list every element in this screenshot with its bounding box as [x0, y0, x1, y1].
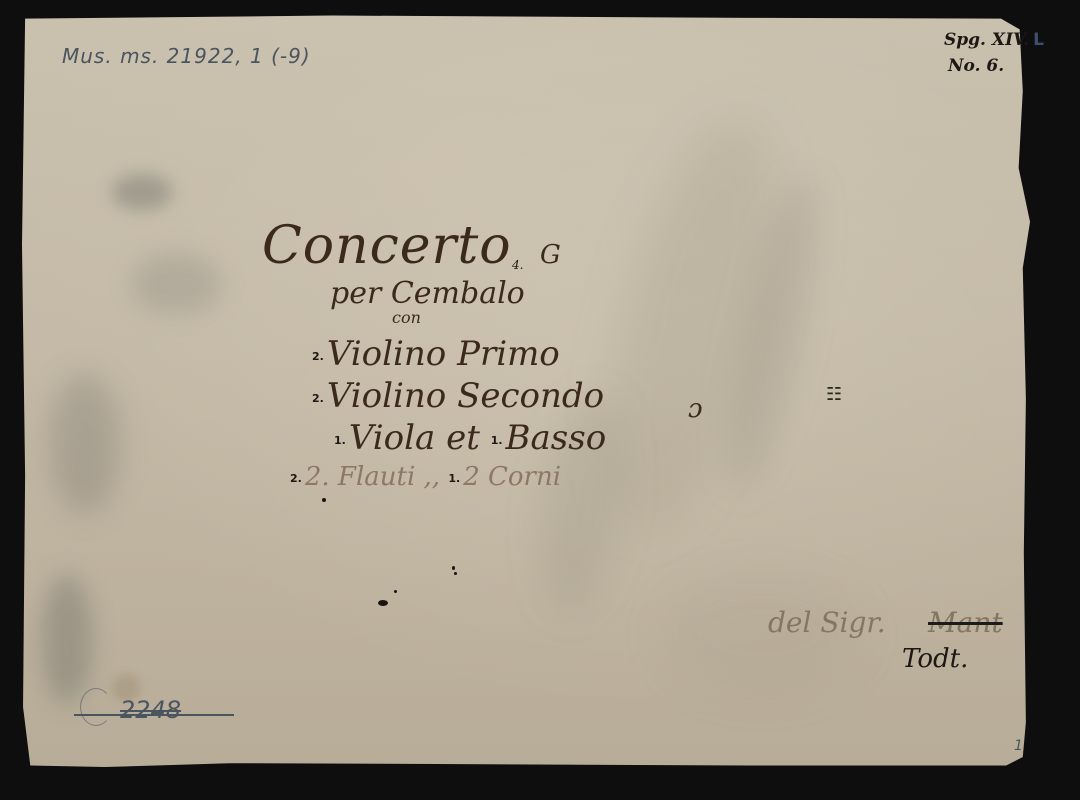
- stain: [50, 374, 120, 514]
- part-count: 2.: [312, 350, 324, 363]
- winds-corni: 2 Corni: [463, 462, 561, 492]
- ink-blot: [322, 498, 326, 502]
- ink-blot: [454, 572, 457, 575]
- stain: [112, 174, 172, 210]
- instrument-winds: 2.2. Flauti ,, 1.2 Corni: [290, 462, 561, 492]
- ink-blot: [394, 590, 397, 593]
- title-key: G: [540, 240, 561, 270]
- attribution-corrected-name: Todt.: [902, 644, 968, 674]
- instrument-cembalo: per Cembalo: [330, 276, 525, 311]
- manuscript-scan: Mus. ms. 21922, 1 (-9) Spg. XIV.L No. 6.…: [0, 0, 1080, 800]
- instrument-violino-primo: 2.Violino Primo: [312, 334, 560, 374]
- signature-line-2: No. 6.: [948, 56, 1004, 76]
- stain: [573, 103, 810, 544]
- winds-flauti: 2. Flauti: [305, 462, 415, 492]
- instrument-label: Viola et: [349, 418, 480, 458]
- page-number: 1: [1014, 738, 1023, 754]
- instrument-label: Violino Secondo: [327, 376, 604, 416]
- stain: [709, 171, 834, 496]
- stain: [132, 254, 222, 314]
- instrument-violino-secondo: 2.Violino Secondo: [312, 376, 604, 416]
- attribution-prefix: del Sigr.: [768, 606, 886, 639]
- instrument-label: Violino Primo: [327, 334, 560, 374]
- stain: [42, 574, 92, 704]
- part-count: 2.: [290, 472, 302, 485]
- old-number: 2248: [120, 696, 181, 724]
- attribution-struck-name: Mant: [928, 606, 1003, 639]
- part-count: 1.: [334, 434, 346, 447]
- loop-mark: ɔ: [688, 394, 703, 424]
- part-count: 1.: [448, 472, 460, 485]
- pencil-loop: [80, 688, 112, 726]
- winds-separator: ,,: [424, 462, 441, 492]
- signature-text: Spg. XIV.: [944, 30, 1029, 50]
- instrument-viola-basso: 1.Viola et 1.Basso: [334, 418, 606, 458]
- ink-mark: ☷: [826, 384, 848, 406]
- shelfmark: Mus. ms. 21922, 1 (-9): [62, 44, 311, 68]
- title-concerto: Concerto: [262, 220, 512, 272]
- strike-line: [74, 714, 234, 716]
- ink-blot: [378, 600, 388, 606]
- dot-mark: 4.: [512, 258, 523, 272]
- signature-line-1: Spg. XIV.L: [944, 30, 1044, 50]
- instrument-label: Basso: [506, 418, 607, 458]
- instrument-con: con: [392, 308, 421, 327]
- part-count: 1.: [491, 434, 503, 447]
- signature-blue-mark: L: [1033, 30, 1044, 50]
- ink-blot: [452, 566, 455, 570]
- part-count: 2.: [312, 392, 324, 405]
